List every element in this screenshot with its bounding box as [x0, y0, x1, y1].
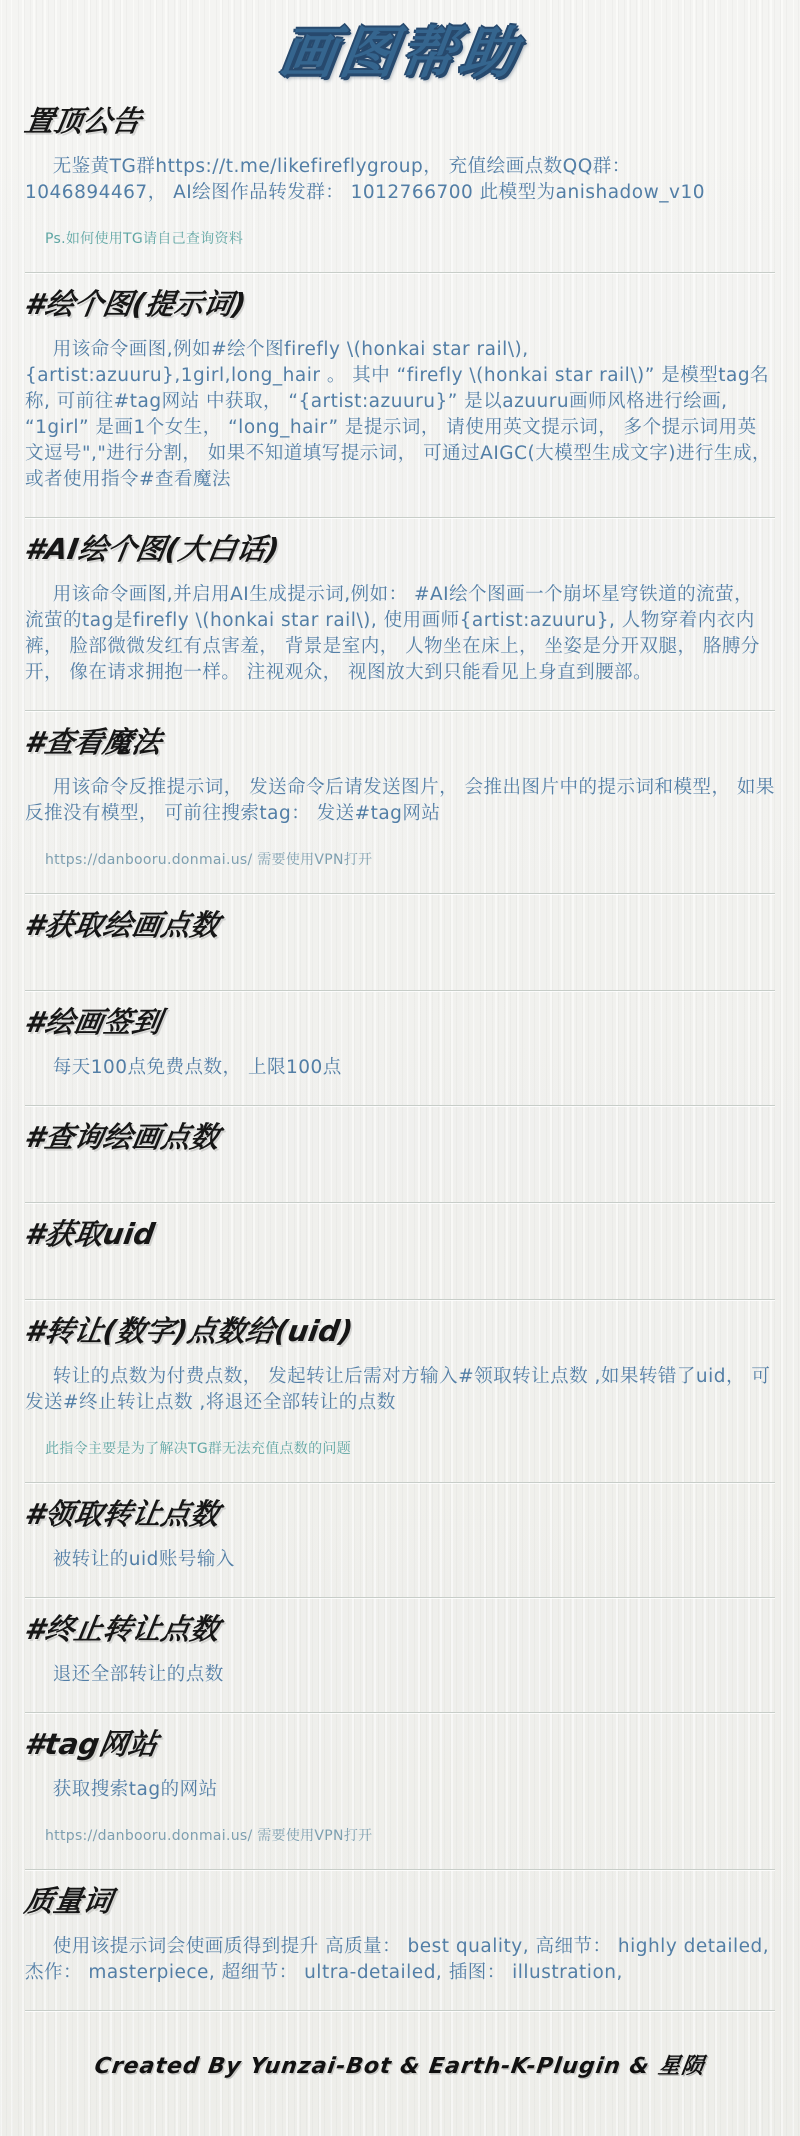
section-paragraph: 获取搜索tag的网站	[25, 1777, 775, 1803]
section-divider	[25, 990, 775, 991]
footer-credit: Created By Yunzai-Bot & Earth-K-Plugin &…	[93, 2049, 707, 2080]
section-divider	[25, 517, 775, 518]
section-daily-checkin: #绘画签到 每天100点免费点数， 上限100点	[25, 1003, 775, 1106]
section-title: #AI绘个图(大白话)	[25, 530, 775, 568]
section-divider	[25, 710, 775, 711]
section-draw-prompt: #绘个图(提示词) 用该命令画图,例如#绘个图firefly \(honkai …	[25, 285, 775, 518]
section-note: Ps.如何使用TG请自己查询资料	[45, 230, 775, 248]
section-divider	[25, 1712, 775, 1713]
section-get-uid: #获取uid	[25, 1215, 775, 1300]
section-title: #绘个图(提示词)	[25, 285, 775, 323]
section-paragraph: 用该命令画图,并启用AI生成提示词,例如： #AI绘个图画一个崩坏星穹铁道的流萤…	[25, 582, 775, 686]
footer: Created By Yunzai-Bot & Earth-K-Plugin &…	[25, 2049, 775, 2106]
section-title: 置顶公告	[25, 102, 775, 140]
section-cancel-transfer: #终止转让点数 退还全部转让的点数	[25, 1610, 775, 1713]
section-paragraph: 用该命令画图,例如#绘个图firefly \(honkai star rail\…	[25, 337, 775, 493]
section-title: #领取转让点数	[25, 1495, 775, 1533]
section-transfer-points: #转让(数字)点数给(uid) 转让的点数为付费点数， 发起转让后需对方输入#领…	[25, 1312, 775, 1483]
section-paragraph: 使用该提示词会使画质得到提升 高质量： best quality, 高细节： h…	[25, 1934, 775, 1986]
section-divider	[25, 2010, 775, 2011]
section-divider	[25, 1869, 775, 1870]
section-divider	[25, 1105, 775, 1106]
page-title: 画图帮助	[275, 18, 525, 90]
section-title: 质量词	[25, 1882, 775, 1920]
section-note-url: https://danbooru.donmai.us/ 需要使用VPN打开	[45, 851, 775, 869]
section-title: #查看魔法	[25, 723, 775, 761]
section-divider	[25, 1299, 775, 1300]
section-paragraph: 用该命令反推提示词， 发送命令后请发送图片， 会推出图片中的提示词和模型， 如果…	[25, 775, 775, 827]
section-tag-website: #tag网站 获取搜索tag的网站 https://danbooru.donma…	[25, 1725, 775, 1870]
section-title: #tag网站	[25, 1725, 775, 1763]
section-claim-transfer: #领取转让点数 被转让的uid账号输入	[25, 1495, 775, 1598]
section-paragraph: 每天100点免费点数， 上限100点	[25, 1055, 775, 1081]
section-title: #获取uid	[25, 1215, 775, 1253]
section-title: #绘画签到	[25, 1003, 775, 1041]
section-paragraph: 退还全部转让的点数	[25, 1662, 775, 1688]
section-divider	[25, 272, 775, 273]
section-note: 此指令主要是为了解决TG群无法充值点数的问题	[45, 1440, 775, 1458]
section-note-url: https://danbooru.donmai.us/ 需要使用VPN打开	[45, 1827, 775, 1845]
section-divider	[25, 1482, 775, 1483]
section-divider	[25, 893, 775, 894]
section-paragraph: 转让的点数为付费点数， 发起转让后需对方输入#领取转让点数 ,如果转错了uid，…	[25, 1364, 775, 1416]
section-title: #查询绘画点数	[25, 1118, 775, 1156]
section-title: #终止转让点数	[25, 1610, 775, 1648]
section-ai-draw: #AI绘个图(大白话) 用该命令画图,并启用AI生成提示词,例如： #AI绘个图…	[25, 530, 775, 711]
section-paragraph: 被转让的uid账号输入	[25, 1547, 775, 1573]
title-block: 画图帮助	[25, 14, 775, 90]
section-view-magic: #查看魔法 用该命令反推提示词， 发送命令后请发送图片， 会推出图片中的提示词和…	[25, 723, 775, 894]
section-title: #获取绘画点数	[25, 906, 775, 944]
section-quality-words: 质量词 使用该提示词会使画质得到提升 高质量： best quality, 高细…	[25, 1882, 775, 2011]
help-page: 画图帮助 置顶公告 无鉴黄TG群https://t.me/likefirefly…	[0, 0, 800, 2136]
section-get-points: #获取绘画点数	[25, 906, 775, 991]
section-paragraph: 无鉴黄TG群https://t.me/likefireflygroup， 充值绘…	[25, 154, 775, 206]
section-query-points: #查询绘画点数	[25, 1118, 775, 1203]
section-divider	[25, 1597, 775, 1598]
section-title: #转让(数字)点数给(uid)	[25, 1312, 775, 1350]
section-divider	[25, 1202, 775, 1203]
section-pinned-announcement: 置顶公告 无鉴黄TG群https://t.me/likefireflygroup…	[25, 102, 775, 273]
